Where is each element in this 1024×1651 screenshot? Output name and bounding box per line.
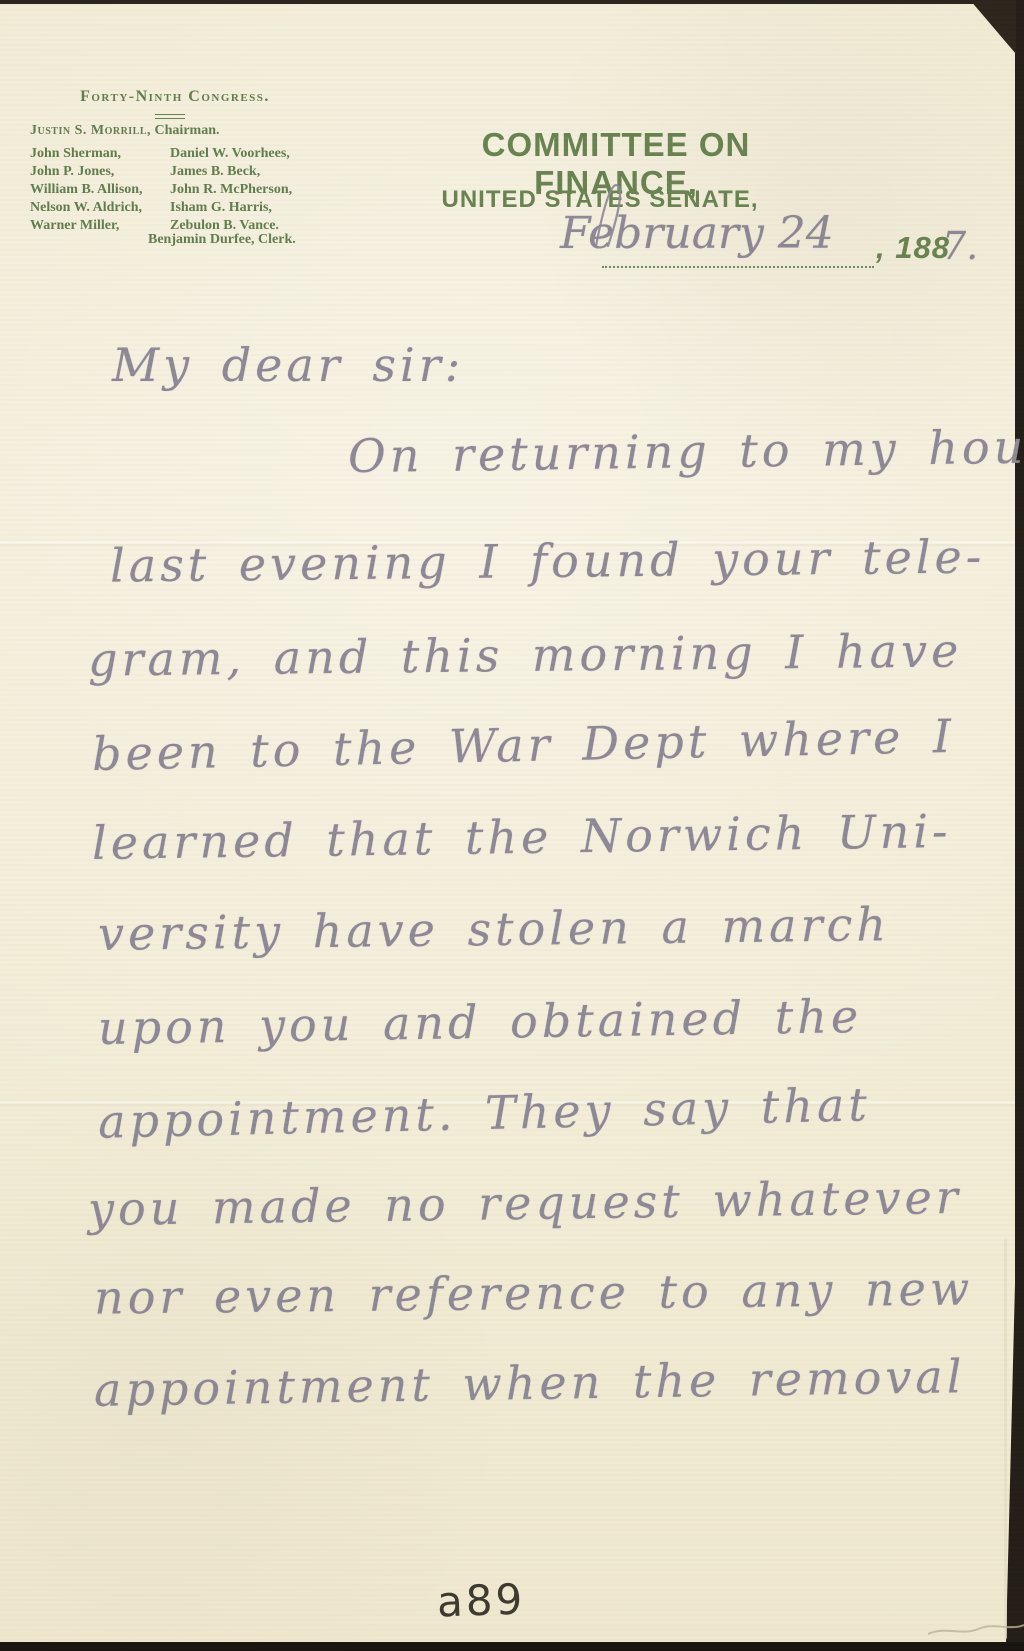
scan-edge-bottom [0,1642,1024,1651]
clerk-line: Benjamin Durfee, Clerk. [148,232,296,248]
member-name: Warner Miller, [30,218,119,233]
body-line: appointment when the removal [94,1349,966,1417]
member-name: William B. Allison, [30,182,143,197]
body-line: been to the War Dept where I [92,709,956,781]
body-line: you made no request whatever [88,1170,962,1236]
member-row: John Sherman, Daniel W. Voorhees, [30,146,330,162]
member-name: Nelson W. Aldrich, [30,200,142,215]
body-line: last evening I found your tele- [110,529,986,592]
printed-year-prefix: , 188 [876,230,950,266]
member-name: Daniel W. Voorhees, [170,146,290,162]
member-row: John P. Jones, James B. Beck, [30,164,330,180]
chairman-line: Justin S. Morrill, Chairman. [30,123,219,139]
congress-heading: Forty-Ninth Congress. [30,88,320,106]
congress-underline [155,114,185,119]
body-line: upon you and obtained the [98,989,863,1055]
scanned-letter-page: Forty-Ninth Congress. Justin S. Morrill,… [0,0,1024,1651]
body-line: nor even reference to any new [94,1261,974,1324]
member-name: Isham G. Harris, [170,200,272,216]
scan-corner-top-right [970,0,1016,54]
paper-torn-edge [1004,1239,1007,1639]
member-name: John R. McPherson, [170,182,292,198]
member-name: James B. Beck, [170,164,260,180]
salutation: My dear sir: [112,338,464,392]
body-line: On returning to my house [348,419,1024,483]
member-name: John Sherman, [30,146,121,161]
chairman-title: Chairman. [155,123,220,138]
body-line: gram, and this morning I have [88,623,963,686]
member-row: Nelson W. Aldrich, Isham G. Harris, [30,200,330,216]
page-mark: a89 [436,1574,526,1626]
body-line: appointment. They say that [97,1077,871,1149]
handwritten-date: February 24 [560,208,834,259]
chairman-name: Justin S. Morrill, [30,123,151,138]
member-name: John P. Jones, [30,164,114,179]
handwritten-year-digit: 7. [942,224,978,268]
scan-edge-top [0,0,1024,4]
body-line: versity have stolen a march [98,897,891,961]
body-line: learned that the Norwich Uni- [92,804,952,870]
member-row: William B. Allison, John R. McPherson, [30,182,330,198]
